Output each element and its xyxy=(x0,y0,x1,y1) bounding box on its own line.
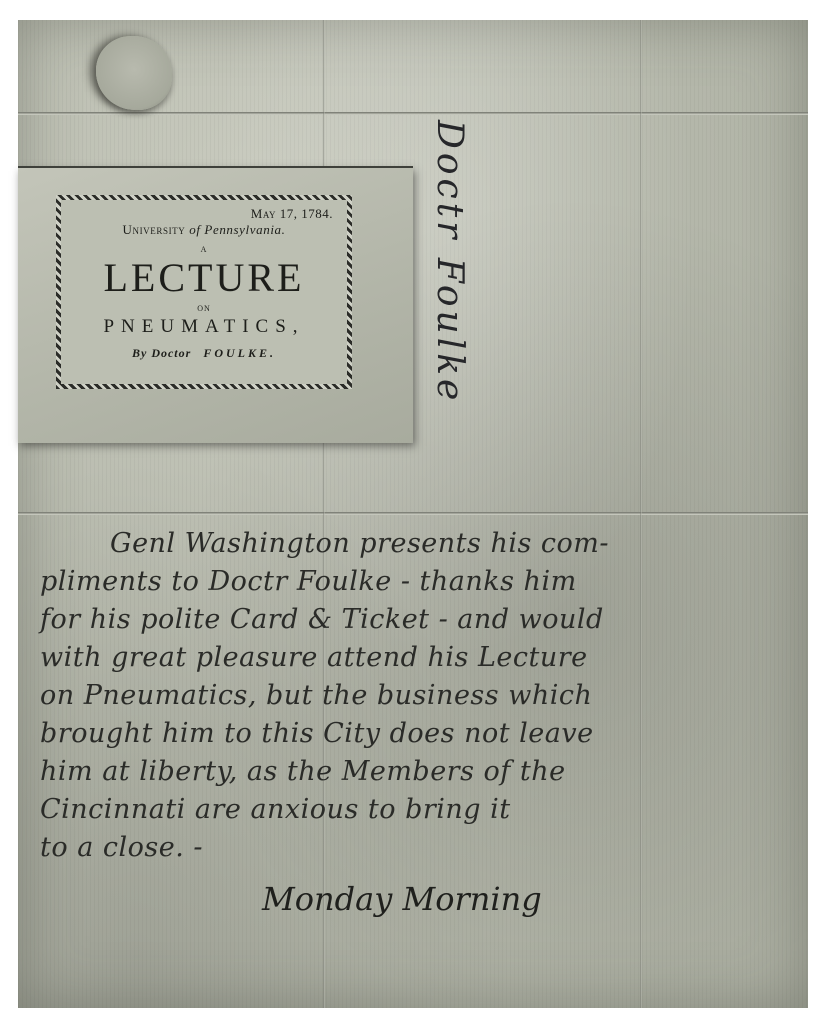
ticket-title: LECTURE xyxy=(61,258,347,298)
letter-line: with great pleasure attend his Lecture xyxy=(40,639,790,677)
fold-line-top xyxy=(18,112,808,115)
letter-line: Genl Washington presents his com- xyxy=(40,525,790,563)
ticket-connector: ON xyxy=(61,304,347,313)
lecture-ticket: May 17, 1784. University of Pennsylvania… xyxy=(56,195,352,389)
letter-signoff: Monday Morning xyxy=(262,880,542,918)
letter-body: Genl Washington presents his com- plimen… xyxy=(40,525,790,867)
ticket-date: May 17, 1784. xyxy=(251,206,333,222)
ticket-by-name: FOULKE. xyxy=(203,346,276,360)
ticket-byline: By Doctor FOULKE. xyxy=(61,346,347,361)
letter-line: Cincinnati are anxious to bring it xyxy=(40,791,790,829)
ticket-by-prefix: By Doctor xyxy=(132,346,191,360)
address-inscription: Doctr Foulke xyxy=(429,120,470,404)
fold-line-middle xyxy=(18,512,808,515)
ticket-institution: University of Pennsylvania. xyxy=(61,222,347,238)
ticket-institution-name: University xyxy=(123,222,186,237)
ticket-subject: PNEUMATICS, xyxy=(61,316,347,338)
ticket-article: A xyxy=(61,245,347,254)
wax-seal-mark xyxy=(96,36,172,110)
letter-line: on Pneumatics, but the business which xyxy=(40,677,790,715)
letter-line: him at liberty, as the Members of the xyxy=(40,753,790,791)
letter-line: brought him to this City does not leave xyxy=(40,715,790,753)
ticket-sheet: May 17, 1784. University of Pennsylvania… xyxy=(18,168,413,443)
letter-line: for his polite Card & Ticket - and would xyxy=(40,601,790,639)
ticket-institution-place: of Pennsylvania. xyxy=(189,222,285,237)
letter-line: to a close. - xyxy=(40,829,790,867)
letter-line: pliments to Doctr Foulke - thanks him xyxy=(40,563,790,601)
